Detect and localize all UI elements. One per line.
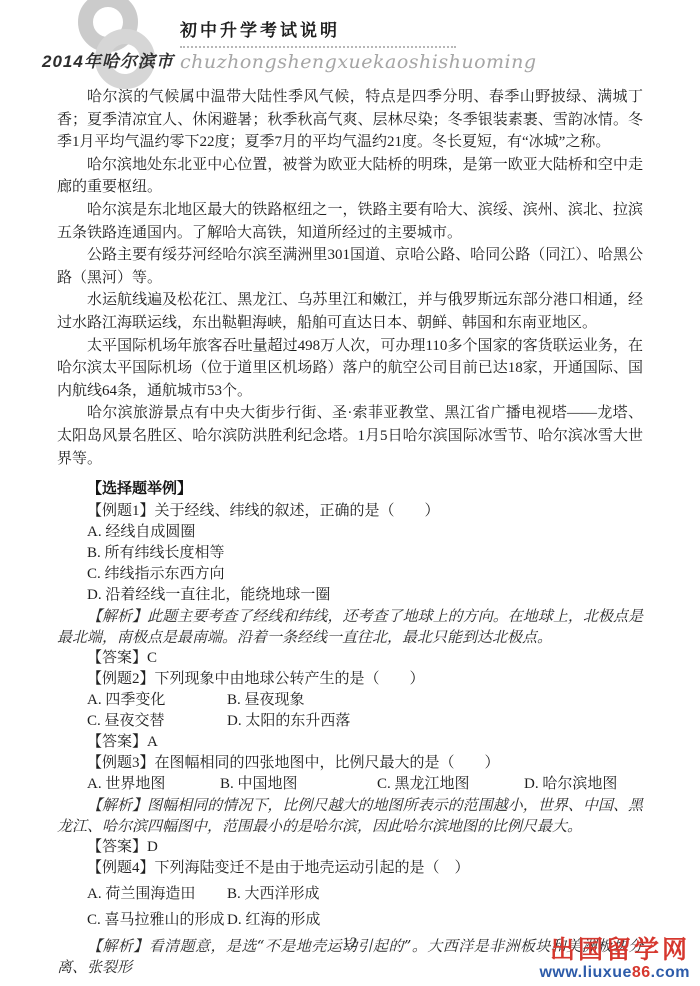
watermark-url: www.liuxue86.com (539, 964, 690, 982)
document-body: 哈尔滨的气候属中温带大陆性季风气候，特点是四季分明、春季山野披绿、满城丁香；夏季… (57, 86, 643, 978)
question-4: 【例题4】下列海陆变迁不是由于地壳运动引起的是（ ） (57, 858, 643, 879)
question-4-option-c: C. 喜马拉雅山的形成 (87, 910, 227, 931)
question-2-answer: 【答案】A (57, 732, 643, 753)
question-3-option-c: C. 黑龙江地图 (377, 774, 524, 795)
watermark-url-suffix: .com (651, 964, 690, 981)
question-2: 【例题2】下列现象中由地球公转产生的是（ ） (57, 669, 643, 690)
question-2-option-b: B. 昼夜现象 (227, 690, 305, 711)
question-2-option-c: C. 昼夜交替 (87, 711, 227, 732)
page-header: 2014年哈尔滨市 初中升学考试说明 chuzhongshengxuekaosh… (0, 0, 700, 86)
title-divider (180, 46, 456, 48)
question-3-option-d: D. 哈尔滨地图 (524, 774, 617, 795)
document-page: 2014年哈尔滨市 初中升学考试说明 chuzhongshengxuekaosh… (0, 0, 700, 986)
question-1-analysis: 【解析】此题主要考查了经线和纬线，还考查了地球上的方向。在地球上，北极点是最北端… (57, 606, 643, 648)
question-2-options-row-1: A. 四季变化 B. 昼夜现象 (57, 690, 643, 711)
question-1-answer: 【答案】C (57, 648, 643, 669)
question-3-options-row: A. 世界地图 B. 中国地图 C. 黑龙江地图 D. 哈尔滨地图 (57, 774, 643, 795)
watermark-url-number: 86 (632, 964, 651, 981)
question-1: 【例题1】关于经线、纬线的叙述，正确的是（ ） (57, 501, 643, 522)
watermark: 出国留学网 www.liuxue86.com (539, 936, 690, 982)
question-3: 【例题3】在图幅相同的四张地图中，比例尺最大的是（ ） (57, 753, 643, 774)
paragraph-airport: 太平国际机场年旅客吞吐量超过498万人次，可办理110多个国家的客货联运业务，在… (57, 335, 643, 403)
question-4-option-a: A. 荷兰围海造田 (87, 884, 227, 905)
paragraph-waterway: 水运航线遍及松花江、黑龙江、乌苏里江和嫩江，并与俄罗斯远东部分港口相通，经过水路… (57, 289, 643, 334)
title-block: 初中升学考试说明 chuzhongshengxuekaoshishuoming (180, 16, 537, 73)
edition-label: 2014年哈尔滨市 (42, 47, 174, 72)
question-1-option-b: B. 所有纬线长度相等 (57, 543, 643, 564)
question-2-options-row-2: C. 昼夜交替 D. 太阳的东升西落 (57, 711, 643, 732)
question-1-option-a: A. 经线自成圆圈 (57, 522, 643, 543)
exercise-section: 【例题1】关于经线、纬线的叙述，正确的是（ ） A. 经线自成圆圈 B. 所有纬… (57, 501, 643, 978)
document-title: 初中升学考试说明 (180, 16, 537, 41)
paragraph-tourism: 哈尔滨旅游景点有中央大街步行街、圣·索菲亚教堂、黑江省广播电视塔——龙塔、太阳岛… (57, 402, 643, 470)
paragraph-location: 哈尔滨地处东北亚中心位置，被誉为欧亚大陆桥的明珠，是第一欧亚大陆桥和空中走廊的重… (57, 154, 643, 199)
section-title-multiple-choice: 【选择题举例】 (57, 478, 643, 501)
watermark-url-prefix: www.liuxue (539, 964, 631, 981)
title-pinyin: chuzhongshengxuekaoshishuoming (180, 51, 537, 73)
question-3-answer: 【答案】D (57, 837, 643, 858)
question-3-analysis: 【解析】图幅相同的情况下，比例尺越大的地图所表示的范围越小，世界、中国、黑龙江、… (57, 795, 643, 837)
question-3-option-b: B. 中国地图 (220, 774, 377, 795)
question-4-option-b: B. 大西洋形成 (227, 884, 320, 905)
question-2-option-d: D. 太阳的东升西落 (227, 711, 350, 732)
paragraph-climate: 哈尔滨的气候属中温带大陆性季风气候，特点是四季分明、春季山野披绿、满城丁香；夏季… (57, 86, 643, 154)
question-4-options-row-1: A. 荷兰围海造田 B. 大西洋形成 (57, 884, 643, 905)
question-2-option-a: A. 四季变化 (87, 690, 227, 711)
watermark-site-name: 出国留学网 (539, 936, 690, 964)
question-4-options-row-2: C. 喜马拉雅山的形成 D. 红海的形成 (57, 910, 643, 931)
paragraph-highway: 公路主要有绥芬河经哈尔滨至满洲里301国道、京哈公路、哈同公路（同江）、哈黑公路… (57, 244, 643, 289)
question-1-option-c: C. 纬线指示东西方向 (57, 564, 643, 585)
question-3-option-a: A. 世界地图 (87, 774, 220, 795)
question-4-option-d: D. 红海的形成 (227, 910, 320, 931)
question-1-option-d: D. 沿着经线一直往北，能绕地球一圈 (57, 585, 643, 606)
paragraph-railway: 哈尔滨是东北地区最大的铁路枢纽之一，铁路主要有哈大、滨绥、滨州、滨北、拉滨五条铁… (57, 199, 643, 244)
